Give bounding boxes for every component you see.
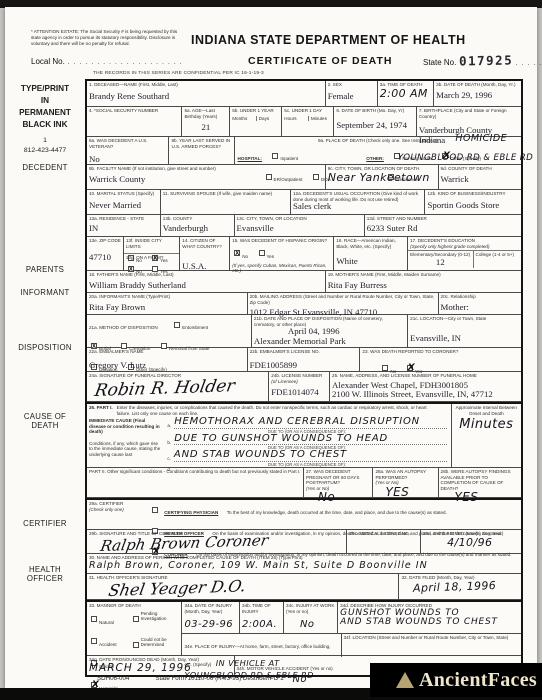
field-residence-city-value: Evansville: [237, 224, 362, 234]
field-residence-state-label: 13a. RESIDENCE - STATE: [89, 216, 158, 222]
field-interval-value: Minutes: [454, 418, 519, 432]
field-injury-location-label: 34f. LOCATION (Street and Number or Rura…: [344, 635, 519, 641]
field-mother-name: 19. MOTHER'S NAME (First, Middle, Maiden…: [326, 271, 521, 292]
form-code: SDH06-004: [97, 675, 129, 682]
cause-line-b-letter: b.: [167, 440, 171, 446]
field-pregnant-label2: PREGNANT OR 60 DAYS POSTPARTUM?: [306, 475, 370, 486]
field-date-filed-value: April 18, 1996: [413, 579, 519, 594]
field-under-1-day-minutes: Minutes: [308, 116, 332, 122]
option-hispanic-yes: Yes: [267, 254, 275, 259]
field-mother-name-value: Rita Fay Burress: [328, 281, 519, 291]
field-age-value: 21: [184, 123, 227, 133]
field-under-1-day: 5c. UNDER 1 DAY Hours Minutes: [282, 107, 334, 136]
field-reported-to-coroner: 23. WAS DEATH REPORTED TO CORONER? No XY…: [360, 348, 521, 371]
field-deceased-name: 1. DECEASED—NAME (First, Middle, Last) B…: [87, 81, 326, 106]
part1-instruction: Enter the diseases, injuries, or complic…: [117, 405, 433, 416]
field-disposition-location: 21c. LOCATION—City or Town, State Evansv…: [408, 315, 521, 347]
field-surviving-spouse: 11. SURVIVING SPOUSE (If wife, give maid…: [161, 190, 291, 214]
field-surviving-spouse-label: 11. SURVIVING SPOUSE (If wife, give maid…: [163, 191, 288, 197]
state-no: State No. 017925. . . . . . . .: [423, 53, 542, 68]
immediate-cause-label: IMMEDIATE CAUSE (Final disease or condit…: [89, 418, 161, 435]
field-date-signed-value: 4/10/96: [447, 537, 519, 549]
field-date-of-injury-value: 03-29-96: [184, 620, 237, 631]
form-row-6: 13a. RESIDENCE - STATE IN 13b. COUNTY Va…: [87, 215, 521, 237]
local-no-dots: . . . . . . . . . . . . . . . . . . . .: [68, 59, 183, 66]
field-health-officer-signature: 31. HEALTH OFFICER'S SIGNATURE Shel Yeag…: [87, 574, 399, 599]
cause-line-a-value: HEMOTHORAX AND CEREBRAL DISRUPTION: [174, 417, 446, 429]
field-hispanic-origin: 15. WAS DECEDENT OF HISPANIC ORIGIN? XNo…: [230, 237, 334, 270]
sidebar-cause-of-death: CAUSE OF DEATH: [7, 412, 83, 430]
field-city-of-death: 9c. CITY, TOWN, OR LOCATION OF DEATH Nea…: [326, 165, 439, 189]
cause-line-b-value: DUE TO GUNSHOT WOUNDS TO HEAD: [174, 434, 446, 446]
field-mailing-address-label: 20b. MAILING ADDRESS (Street and Number …: [250, 294, 436, 305]
field-place-of-injury: 34e. PLACE OF INJURY—At home, farm, stre…: [182, 634, 341, 657]
sidebar-cause-2: DEATH: [7, 421, 83, 430]
sidebar-certifier: CERTIFIER: [7, 519, 83, 528]
option-entombment: Entombment: [182, 325, 208, 330]
field-autopsy-findings: 28b. WERE AUTOPSY FINDINGS AVAILABLE PRI…: [439, 468, 521, 497]
option-accident: Accident: [99, 642, 117, 647]
field-time-of-injury-value: 2:00A.: [242, 620, 281, 631]
field-citizen-label: 14. CITIZEN OF WHAT COUNTRY?: [182, 238, 227, 249]
death-certificate-form: 1. DECEASED—NAME (First, Middle, Last) B…: [85, 79, 523, 677]
field-age: 5a. AGE—Last Birthday (Years) 21: [182, 107, 230, 136]
field-marital-status: 10. MARITAL STATUS (Specify) Never Marri…: [87, 190, 161, 214]
field-certifier-type: 29a. CERTIFIER (Check only one): [87, 500, 148, 529]
sidebar-typeprint-4: BLACK INK: [7, 119, 83, 131]
ancientfaces-watermark: AncientFaces: [370, 663, 542, 697]
field-residence-county-label: 13b. COUNTY: [163, 216, 232, 222]
form-row-4: 9b. FACILITY NAME (If not institution, g…: [87, 165, 521, 190]
form-row-8: 18. FATHER'S NAME (First, Middle, Last) …: [87, 271, 521, 293]
form-row-16: 29b. SIGNATURE AND TITLE OF CERTIFIER Ra…: [87, 530, 521, 554]
cause-line-c-value: AND STAB WOUNDS TO CHEST: [174, 450, 447, 462]
education-college: College (1-4 or 5+): [474, 251, 521, 268]
field-embalmer-name-label: 22a. EMBALMER'S NAME: [89, 349, 245, 355]
checkbox-pending: [133, 616, 139, 622]
field-relationship: 20c. Relationship Mother:: [439, 293, 521, 314]
sidebar-health-1: HEALTH: [7, 565, 83, 574]
field-hispanic-origin-label: 15. WAS DECEDENT OF HISPANIC ORIGIN?: [232, 238, 331, 244]
field-informant-name-label: 20a. INFORMANT'S NAME (Type/Print): [89, 294, 245, 300]
form-row-7: 13e. ZIP CODE 47710 13f. INSIDE CITY LIM…: [87, 237, 521, 271]
field-funeral-home-label: 25. NAME, ADDRESS, AND LICENSE NUMBER OF…: [332, 373, 519, 379]
field-veteran-value: No: [89, 155, 166, 165]
field-embalmer-license-value: FDE1005899: [250, 361, 358, 371]
checkbox-hispanic-no: X: [234, 250, 240, 256]
field-business-industry: 12b. KIND OF BUSINESS/INDUSTRY Sportin G…: [425, 190, 520, 214]
sidebar-disposition: DISPOSITION: [7, 343, 83, 352]
field-street-number-label: 13d. STREET AND NUMBER: [367, 216, 519, 222]
field-occupation: 12a. DECEDENT'S USUAL OCCUPATION (Give k…: [291, 190, 426, 214]
field-injury-at-work-label: 34c. INJURY AT WORK (Yes or no): [286, 603, 335, 614]
field-marital-status-label: 10. MARITAL STATUS (Specify): [89, 191, 158, 197]
field-father-name: 18. FATHER'S NAME (First, Middle, Last) …: [87, 271, 326, 292]
field-medical-license-label: 29c. MEDICAL LICENSE NO.: [349, 531, 418, 537]
field-residence-county-value: Vanderburgh: [163, 224, 232, 234]
place-of-death-homicide-note: HOMICIDE: [455, 134, 507, 144]
conditions-label: Conditions, if any, which gave rise to t…: [89, 441, 161, 458]
field-ssn-label: 4. *SOCIAL SECURITY NUMBER: [89, 108, 179, 114]
field-zip-label: 13e. ZIP CODE: [89, 238, 121, 244]
field-funeral-home: 25. NAME, ADDRESS, AND LICENSE NUMBER OF…: [330, 372, 521, 401]
field-method-of-disposition-label: 21a. METHOD OF DISPOSITION: [89, 325, 158, 330]
option-natural: Natural: [99, 620, 114, 625]
checkbox-undetermined: [133, 642, 139, 648]
field-city-limits-farm: 13f. INSIDE CITY LIMITS No XYes 13g. ON …: [124, 237, 180, 270]
field-race: 16. RACE—American Indian, Black, White, …: [334, 237, 408, 270]
field-certifier-type-sublabel: (Check only one): [89, 507, 146, 513]
field-certifier-signature: 29b. SIGNATURE AND TITLE OF CERTIFIER Ra…: [87, 530, 347, 553]
option-pending: Pending Investigation: [141, 611, 175, 621]
field-veteran: 8a. WAS DECEDENT A U.S. VETERAN? No: [87, 137, 169, 164]
state-no-dots: . . . . . . . .: [516, 60, 542, 67]
field-deceased-name-value: Brandy Rene Southard: [89, 92, 323, 102]
certifier-option-physician: CERTIFYING PHYSICIAN To the best of my k…: [150, 501, 519, 519]
certificate-page: * ATTENTION ESTATE: The Social Security …: [5, 7, 537, 690]
part1-side-labels: IMMEDIATE CAUSE (Final disease or condit…: [87, 417, 163, 472]
field-facility-name: 9b. FACILITY NAME (If not institution, g…: [87, 165, 326, 189]
field-part1: 26. PART I. Enter the diseases, injuries…: [87, 404, 452, 467]
option-hispanic-no: No: [242, 254, 248, 259]
field-how-injury-occurred: 34d. DESCRIBE HOW INJURY OCCURRED GUNSHO…: [338, 602, 521, 633]
field-education: 17. DECEDENT'S EDUCATION (Specify only h…: [408, 237, 521, 270]
field-birthplace-label: 7. BIRTHPLACE (City and State or Foreign…: [419, 108, 519, 119]
field-medical-license: 29c. MEDICAL LICENSE NO.: [347, 530, 421, 553]
checkbox-natural: [91, 616, 97, 622]
checkbox-certifying-physician: [152, 507, 158, 513]
field-director-license-label: 24b. LICENSE NUMBER: [271, 373, 327, 379]
field-director-license-sublabel: (of Licensee): [271, 379, 327, 385]
checkbox-inpatient: [272, 153, 278, 159]
field-under-1-year: 5b. UNDER 1 YEAR Months Days: [230, 107, 282, 136]
form-row-10: 21a. METHOD OF DISPOSITION Entombment XB…: [87, 315, 521, 348]
field-birthplace: 7. BIRTHPLACE (City and State or Foreign…: [417, 107, 521, 136]
field-embalmer-license-label: 22b. EMBALMER'S LICENSE NO.: [250, 349, 358, 355]
option-certifying-physician: CERTIFYING PHYSICIAN: [164, 510, 218, 515]
field-residence-state-value: IN: [89, 224, 158, 234]
field-zip-value: 47710: [89, 253, 121, 263]
field-deceased-name-label: 1. DECEASED—NAME (First, Middle, Last): [89, 82, 323, 88]
field-under-1-day-hours: Hours: [284, 116, 308, 122]
field-inside-city-limits: 13f. INSIDE CITY LIMITS No XYes: [124, 237, 179, 254]
field-business-industry-value: Sportin Goods Store: [427, 201, 518, 211]
field-father-name-value: William Braddy Sutherland: [89, 281, 323, 291]
field-director-license: 24b. LICENSE NUMBER (of Licensee) FDE101…: [269, 372, 330, 401]
field-disposition-place-value: Alexander Memorial Park: [254, 337, 405, 347]
field-date-of-death-label: 3b. DATE OF DEATH (Month, Day, Yr.): [436, 82, 519, 88]
field-under-1-year-label: 5b. UNDER 1 YEAR: [232, 108, 279, 114]
field-manner-of-death: 33. MANNER OF DEATH Natural Accident Sui…: [87, 602, 182, 655]
field-veteran-label: 8a. WAS DECEDENT A U.S. VETERAN?: [89, 138, 166, 149]
checkbox-entombment: [174, 322, 180, 328]
sidebar-health-2: OFFICER: [7, 574, 83, 583]
field-education-sublabel: (Specify only highest grade completed): [410, 244, 519, 250]
field-place-of-death: 9a. PLACE OF DEATH (Check only one. See …: [235, 137, 521, 164]
sidebar-informant: INFORMANT: [7, 288, 83, 297]
field-date-of-birth-value: September 24, 1974: [336, 121, 413, 131]
sidebar-parents: PARENTS: [7, 265, 83, 274]
education-elementary-value: 12: [410, 258, 470, 268]
field-injury-location: 34f. LOCATION (Street and Number or Rura…: [342, 634, 521, 657]
sidebar-typeprint-3: PERMANENT: [7, 107, 83, 119]
form-row-3: 8a. WAS DECEDENT A U.S. VETERAN? No 8b. …: [87, 137, 521, 165]
page-title: INDIANA STATE DEPARTMENT OF HEALTH: [191, 33, 466, 47]
field-director-license-value: FDE1014074: [271, 388, 327, 398]
field-mother-name-label: 19. MOTHER'S NAME (First, Middle, Maiden…: [328, 272, 519, 278]
field-funeral-director-signature: 24a. SIGNATURE OF FUNERAL DIRECTOR Robin…: [87, 372, 269, 401]
field-informant-name-value: Rita Fay Brown: [89, 303, 245, 313]
checkbox-coroner-no: [382, 365, 388, 371]
ancientfaces-logo-icon: [396, 672, 414, 688]
field-date-of-injury: 34a. DATE OF INJURY (Month, Day, Year) 0…: [182, 602, 240, 633]
form-row-18: 31. HEALTH OFFICER'S SIGNATURE Shel Yeag…: [87, 574, 521, 600]
field-date-of-birth-label: 6. DATE OF BIRTH (Mo. Day, Yr): [336, 108, 413, 114]
field-occupation-value: Sales clerk: [293, 202, 423, 212]
field-residence-county: 13b. COUNTY Vanderburgh: [161, 215, 235, 236]
certificate-title: CERTIFICATE OF DEATH: [248, 55, 392, 67]
field-disposition-location-value: Evansville, IN: [410, 334, 519, 344]
field-autopsy-findings-label1: 28b. WERE AUTOPSY FINDINGS: [441, 469, 519, 475]
field-date-filed: 32. DATE FILED (Month, Day, Year) April …: [399, 574, 521, 599]
field-year-served: 8b. YEAR LAST SERVED IN U.S. ARMED FORCE…: [169, 137, 234, 164]
field-motor-vehicle-accident-label: 34h. MOTOR VEHICLE ACCIDENT (Yes or no): [237, 666, 333, 671]
form-row-cause-of-death: 26. PART I. Enter the diseases, injuries…: [87, 402, 521, 468]
sidebar-typeprint: TYPE/PRINT IN PERMANENT BLACK INK: [7, 83, 83, 131]
place-of-death-location-note: YOUNGBLOOD RD & EBLE RD: [398, 154, 533, 163]
form-row-11: 22a. EMBALMER'S NAME Gregory V. Lutz 22b…: [87, 348, 521, 372]
field-part2-label: PART II. Other significant conditions - …: [89, 469, 301, 475]
field-how-injury-occurred-value2: AND STAB WOUNDS TO CHEST: [340, 618, 519, 627]
form-row-9: 20a. INFORMANT'S NAME (Type/Print) Rita …: [87, 293, 521, 315]
checkbox-accident: [91, 638, 97, 644]
field-injury-at-work: 34c. INJURY AT WORK (Yes or no) No: [284, 602, 338, 633]
field-injury-at-work-value: No: [300, 620, 335, 631]
field-street-number: 13d. STREET AND NUMBER 6233 Suter Rd: [365, 215, 521, 236]
field-sex-value: Female: [328, 92, 375, 102]
field-date-of-death-value: March 29, 1996: [436, 91, 519, 101]
field-date-signed: 29d. DATE SIGNED (Month, Day, Year) 4/10…: [421, 530, 521, 553]
field-under-1-year-months: Months: [232, 116, 256, 122]
sidebar-phone: 812-423-4477: [7, 147, 83, 154]
form-row-1: 1. DECEASED—NAME (First, Middle, Last) B…: [87, 81, 521, 107]
field-age-label: 5a. AGE—Last Birthday (Years): [184, 108, 227, 119]
field-pregnant: 27. WAS DECEDENT PREGNANT OR 60 DAYS POS…: [304, 468, 373, 497]
field-father-name-label: 18. FATHER'S NAME (First, Middle, Last): [89, 272, 323, 278]
form-row-certifier: 29a. CERTIFIER (Check only one) CERTIFYI…: [87, 498, 521, 530]
field-autopsy: 28a. WAS AN AUTOPSY PERFORMED? (Yes or N…: [373, 468, 438, 497]
field-relationship-value: Mother:: [441, 303, 519, 313]
cause-line-c: c. AND STAB WOUNDS TO CHEST: [167, 450, 446, 462]
field-sex: 2. SEX Female: [326, 81, 378, 106]
form-footer: SDH06-004State Form 10110-06 (R4/3-93) D…: [97, 675, 310, 682]
field-completed-by-value: Ralph Brown, Coroner, 109 W. Main St, Su…: [89, 561, 519, 571]
field-interval: Approximate Interval Between Onset and D…: [452, 404, 521, 467]
field-funeral-home-address: 2100 W. Illinois Street, Evansville, IN,…: [332, 390, 519, 400]
cause-line-b: b. DUE TO GUNSHOT WOUNDS TO HEAD: [167, 434, 446, 446]
form-number: State Form 10110-06 (R4/3-93) Desthoer/P…: [155, 675, 283, 682]
sidebar-number: 1: [7, 137, 83, 144]
field-date-of-death: 3b. DATE OF DEATH (Month, Day, Yr.) Marc…: [434, 81, 521, 106]
field-under-1-day-label: 5c. UNDER 1 DAY: [284, 108, 331, 114]
field-race-value: White: [336, 257, 405, 267]
field-residence-state: 13a. RESIDENCE - STATE IN: [87, 215, 161, 236]
field-date-place-disposition: 21b. DATE AND PLACE OF DISPOSITION (Name…: [252, 315, 408, 347]
scanned-death-certificate: { "hdr": { "attention": "* ATTENTION EST…: [0, 0, 542, 700]
ancientfaces-watermark-text: AncientFaces: [419, 669, 537, 692]
field-sex-label: 2. SEX: [328, 82, 375, 88]
field-race-label: 16. RACE—American Indian, Black, White, …: [336, 238, 405, 249]
field-date-pronounced-dead-value: MARCH 29, 1996: [89, 663, 232, 674]
other-group-label: OTHER:: [366, 156, 384, 161]
field-under-1-year-days: Days: [256, 116, 280, 122]
field-business-industry-label: 12b. KIND OF BUSINESS/INDUSTRY: [427, 191, 518, 197]
field-manner-of-death-label: 33. MANNER OF DEATH: [89, 603, 179, 609]
field-part2: PART II. Other significant conditions - …: [87, 468, 304, 497]
field-time-of-death-value: 2:00 AM: [380, 88, 431, 100]
field-facility-name-label: 9b. FACILITY NAME (If not institution, g…: [89, 166, 323, 172]
certifier-options: CERTIFYING PHYSICIAN To the best of my k…: [148, 500, 521, 529]
education-college-label: College (1-4 or 5+): [476, 252, 519, 258]
field-interval-label: Approximate Interval Between Onset and D…: [454, 405, 519, 416]
field-inside-city-limits-label: 13f. INSIDE CITY LIMITS: [126, 238, 177, 249]
field-city-of-death-value: Near Yankeetown: [328, 172, 436, 184]
education-elementary: Elementary/Secondary (0-12) 12: [408, 251, 473, 268]
field-reported-to-coroner-label: 23. WAS DEATH REPORTED TO CORONER?: [362, 349, 519, 355]
attention-estate-note: * ATTENTION ESTATE: The Social Security …: [31, 29, 187, 47]
cause-line-c-letter: c.: [167, 456, 171, 462]
form-row-17: 30. NAME AND ADDRESS OF PERSON WHO COMPL…: [87, 554, 521, 574]
form-row-injury: 33. MANNER OF DEATH Natural Accident Sui…: [87, 600, 521, 656]
field-ssn: 4. *SOCIAL SECURITY NUMBER: [87, 107, 182, 136]
field-embalmer-license: 22b. EMBALMER'S LICENSE NO. FDE1005899: [248, 348, 361, 371]
field-marital-status-value: Never Married: [89, 201, 158, 211]
field-disposition-location-label: 21c. LOCATION—City or Town, State: [410, 316, 519, 322]
sidebar-health-officer: HEALTH OFFICER: [7, 565, 83, 583]
field-embalmer-name: 22a. EMBALMER'S NAME Gregory V. Lutz: [87, 348, 248, 371]
field-method-of-disposition: 21a. METHOD OF DISPOSITION Entombment XB…: [87, 315, 252, 347]
field-time-of-injury: 34b. TIME OF INJURY 2:00A.: [240, 602, 284, 633]
field-county-of-death-label: 9d. COUNTY OF DEATH: [441, 166, 519, 172]
cause-line-a: a. HEMOTHORAX AND CEREBRAL DISRUPTION: [167, 417, 446, 429]
checkbox-coroner-yes: X: [407, 365, 413, 371]
option-undetermined: Could not be Determined: [141, 637, 175, 647]
confidential-note: THE RECORDS IN THIS SERIES ARE CONFIDENT…: [93, 71, 264, 76]
sidebar-typeprint-2: IN: [7, 95, 83, 107]
field-embalmer-name-value: Gregory V. Lutz: [89, 361, 245, 371]
local-no-label: Local No.: [31, 57, 65, 66]
field-facility-name-value: Warrick County: [89, 175, 323, 185]
state-no-label: State No.: [423, 58, 456, 67]
sidebar-cause-1: CAUSE OF: [7, 412, 83, 421]
field-residence-city: 13c. CITY, TOWN, OR LOCATION Evansville: [235, 215, 365, 236]
checkbox-hispanic-yes: [259, 250, 265, 256]
field-date-of-injury-label: 34a. DATE OF INJURY (Month, Day, Year): [184, 603, 237, 614]
field-autopsy-value: YES: [385, 486, 435, 499]
field-relationship-label: 20c. Relationship: [441, 294, 519, 300]
sidebar-decedent: DECEDENT: [7, 163, 83, 172]
field-citizen: 14. CITIZEN OF WHAT COUNTRY? U.S.A.: [180, 237, 230, 270]
sidebar-typeprint-1: TYPE/PRINT: [7, 83, 83, 95]
field-date-of-birth: 6. DATE OF BIRTH (Mo. Day, Yr) September…: [334, 107, 416, 136]
field-year-served-label: 8b. YEAR LAST SERVED IN U.S. ARMED FORCE…: [171, 138, 231, 149]
injury-block: 34a. DATE OF INJURY (Month, Day, Year) 0…: [182, 602, 521, 655]
field-residence-city-label: 13c. CITY, TOWN, OR LOCATION: [237, 216, 362, 222]
field-county-of-death-value: Warrick: [441, 175, 519, 185]
hospital-group-label: HOSPITAL:: [238, 156, 262, 161]
field-autopsy-findings-label2: AVAILABLE PRIOR TO COMPLETION OF CAUSE O…: [441, 475, 519, 492]
local-no: Local No.. . . . . . . . . . . . . . . .…: [31, 57, 183, 66]
field-mailing-address: 20b. MAILING ADDRESS (Street and Number …: [248, 293, 439, 314]
field-completed-by: 30. NAME AND ADDRESS OF PERSON WHO COMPL…: [87, 554, 521, 573]
field-street-number-value: 6233 Suter Rd: [367, 224, 519, 234]
form-row-12: 24a. SIGNATURE OF FUNERAL DIRECTOR Robin…: [87, 372, 521, 402]
desc-certifying-physician: To the best of my knowledge, death occur…: [227, 510, 447, 515]
field-time-of-death: 3a. TIME OF DEATH 2:00 AM: [378, 81, 434, 106]
cause-line-a-letter: a.: [167, 423, 171, 429]
form-row-5: 10. MARITAL STATUS (Specify) Never Marri…: [87, 190, 521, 215]
part1-label: 26. PART I.: [89, 405, 113, 416]
state-no-stamp: 017925: [458, 53, 512, 69]
field-date-pronounced-dead: 34g. DATE PRONOUNCED DEAD (Month, Day, Y…: [87, 656, 235, 675]
field-county-of-death: 9d. COUNTY OF DEATH Warrick: [439, 165, 521, 189]
part1-cause-lines: a. HEMOTHORAX AND CEREBRAL DISRUPTION DU…: [163, 417, 450, 472]
field-informant-name: 20a. INFORMANT'S NAME (Type/Print) Rita …: [87, 293, 248, 314]
field-zip: 13e. ZIP CODE 47710: [87, 237, 124, 270]
form-row-14: PART II. Other significant conditions - …: [87, 468, 521, 498]
option-inpatient: Inpatient: [280, 156, 298, 161]
field-time-of-injury-label: 34b. TIME OF INJURY: [242, 603, 281, 614]
